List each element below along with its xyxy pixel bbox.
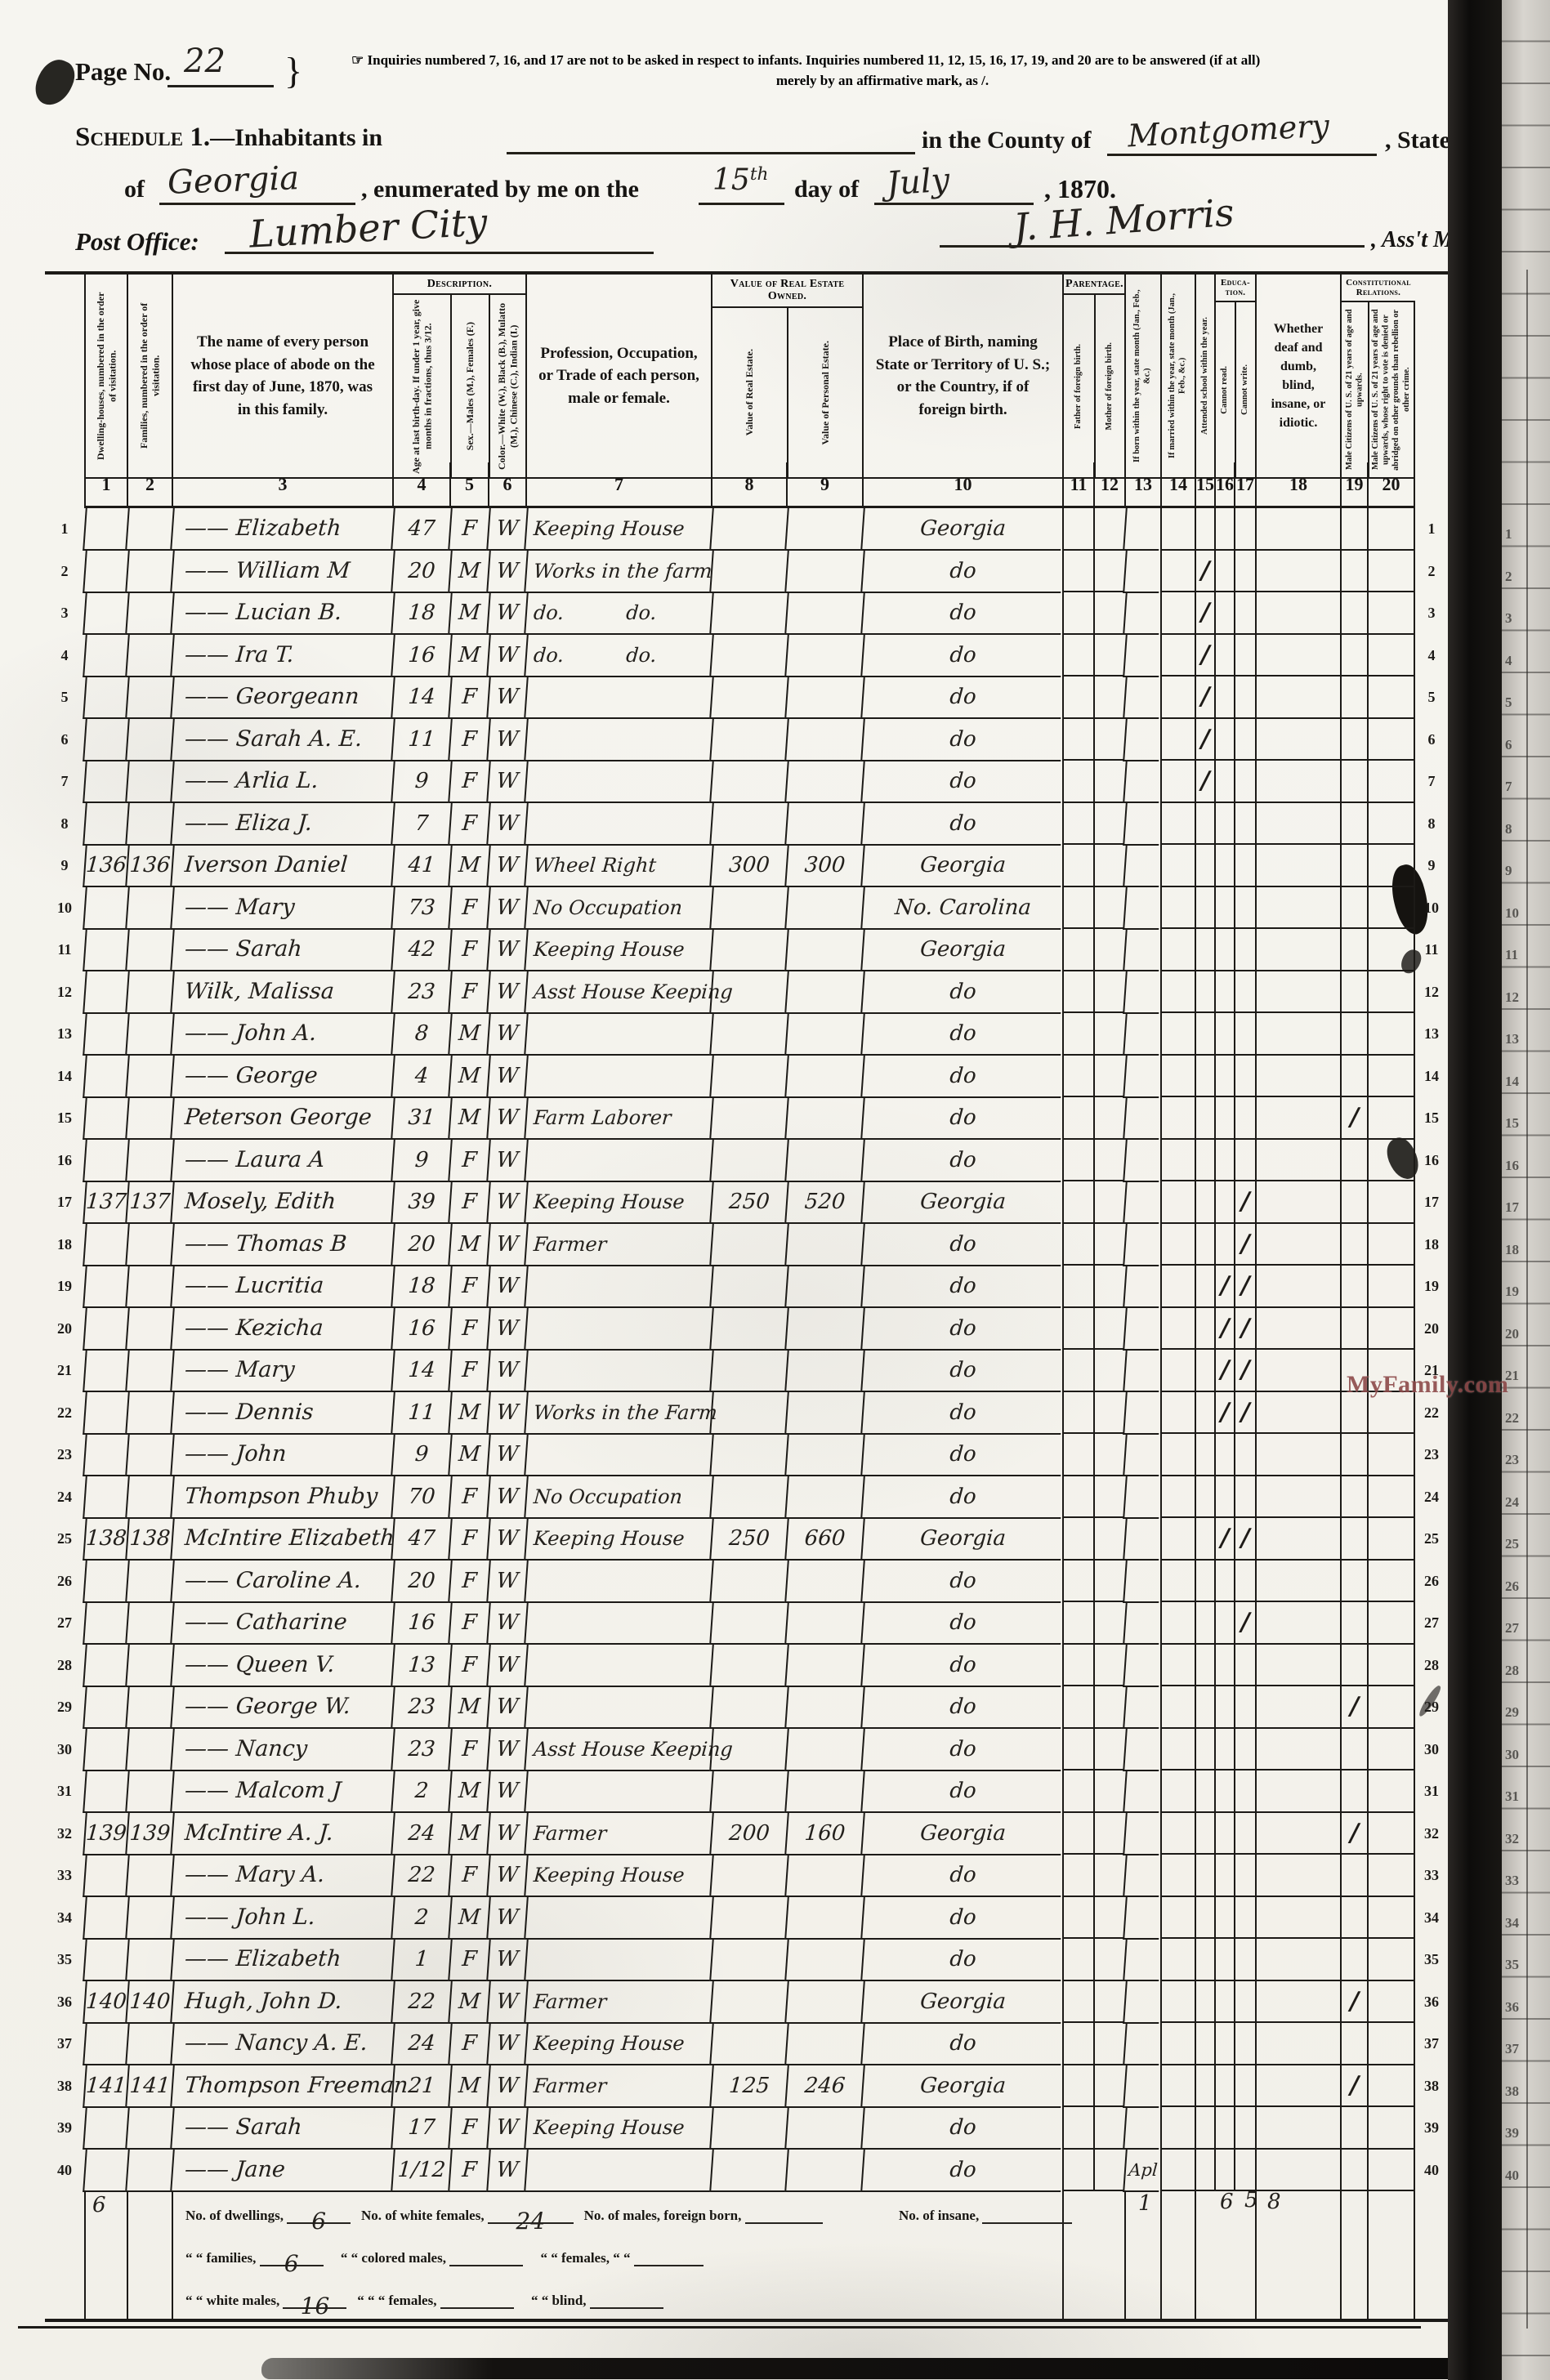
row-number-left: 25 (45, 1518, 84, 1561)
cell-real-estate-value (709, 1855, 788, 1897)
cell-cannot-read-mark (1214, 1645, 1234, 1687)
cell-vote-denied (1367, 1434, 1415, 1476)
cell-birth-month (1123, 761, 1162, 803)
cell-family-number (125, 1434, 173, 1476)
row-number-right: 4 (1415, 635, 1448, 677)
cell-father-foreign (1062, 1855, 1093, 1897)
cell-age: 13 (391, 1645, 451, 1687)
cell-personal-estate-value (784, 676, 864, 719)
cell-personal-estate-value (784, 551, 864, 593)
group-label-constitutional: Constitutional Relations. (1342, 275, 1415, 302)
cell-family-number: 141 (125, 2065, 173, 2108)
census-table: Dwelling-houses, numbered in the order o… (45, 271, 1448, 2322)
cell-vote-denied (1367, 1013, 1415, 1056)
month-underline (874, 173, 1034, 205)
cell-male-citizen-mark (1340, 1476, 1367, 1519)
cell-color: W (486, 676, 527, 719)
cell-cannot-write-mark (1234, 719, 1255, 761)
cell-cannot-write-mark (1234, 592, 1255, 635)
cell-family-number (125, 2150, 173, 2192)
cell-male-citizen-mark: / (1340, 1097, 1367, 1140)
table-row: 8 —— Eliza J. 7 F W do 8 (45, 803, 1448, 846)
row-number-left: 36 (45, 1981, 84, 2024)
adjacent-page-sliver: 1234567891011121314151617181920212223242… (1502, 0, 1550, 2380)
cell-cannot-write-mark: / (1234, 1518, 1255, 1561)
cell-male-citizen-mark (1340, 803, 1367, 846)
cell-father-foreign (1062, 2150, 1093, 2192)
col-group-constitutional: Constitutional Relations. Male Citizens … (1340, 275, 1415, 479)
cell-name: —— Malcom J (170, 1770, 394, 1813)
cell-disability (1255, 1729, 1340, 1771)
cell-cannot-write-mark (1234, 2107, 1255, 2150)
cell-attended-school-mark: / (1195, 719, 1214, 761)
cell-birthplace: do (860, 1645, 1064, 1687)
cell-family-number: 136 (125, 845, 173, 887)
footer-total-c17: 8 (1267, 2190, 1281, 2214)
row-number-left: 39 (45, 2107, 84, 2150)
cell-occupation (524, 1056, 712, 1098)
cell-attended-school-mark (1195, 2150, 1214, 2192)
footer-line (1160, 2191, 1162, 2319)
cell-marriage-month (1160, 1939, 1195, 1981)
cell-birthplace: do (860, 592, 1064, 635)
cell-cannot-read-mark: / (1214, 1518, 1234, 1561)
table-row: 22 —— Dennis 11 M W Works in the Farm do… (45, 1392, 1448, 1435)
cell-name: —— Nancy (170, 1729, 394, 1771)
cell-name: —— Nancy A. E. (170, 2023, 394, 2065)
table-row: 17 137 137 Mosely, Edith 39 F W Keeping … (45, 1181, 1448, 1224)
table-row: 20 —— Kezicha 16 F W do / / 20 (45, 1308, 1448, 1351)
cell-dwelling-number (83, 1645, 128, 1687)
cell-sex: F (448, 1476, 489, 1519)
row-number-left: 14 (45, 1056, 84, 1098)
cell-father-foreign (1062, 719, 1093, 761)
col-header-3: The name of every person whose place of … (172, 275, 392, 479)
cell-disability (1255, 803, 1340, 846)
cell-father-foreign (1062, 1813, 1093, 1855)
cell-cannot-write-mark (1234, 2023, 1255, 2065)
row-number-right: 26 (1415, 1561, 1448, 1603)
cell-attended-school-mark: / (1195, 592, 1214, 635)
cell-personal-estate-value (784, 1981, 864, 2024)
cell-birth-month (1123, 1308, 1162, 1351)
cell-attended-school-mark (1195, 1686, 1214, 1729)
table-row: 38 141 141 Thompson Freeman 21 M W Farme… (45, 2065, 1448, 2108)
row-number-left: 31 (45, 1770, 84, 1813)
cell-mother-foreign (1093, 803, 1124, 846)
cell-attended-school-mark (1195, 1770, 1214, 1813)
row-number-left: 24 (45, 1476, 84, 1519)
cell-sex: F (448, 1729, 489, 1771)
cell-marriage-month (1160, 929, 1195, 971)
cell-birthplace: do (860, 1561, 1064, 1603)
cell-birthplace: do (860, 1476, 1064, 1519)
cell-cannot-write-mark (1234, 1981, 1255, 2024)
cell-family-number (125, 1013, 173, 1056)
cell-age: 23 (391, 1729, 451, 1771)
cell-real-estate-value (709, 1266, 788, 1308)
row-number-right: 8 (1415, 803, 1448, 846)
cell-color: W (486, 2150, 527, 2192)
cell-vote-denied (1367, 1056, 1415, 1098)
cell-male-citizen-mark (1340, 1561, 1367, 1603)
cell-sex: F (448, 1518, 489, 1561)
cell-father-foreign (1062, 845, 1093, 887)
cell-vote-denied (1367, 1855, 1415, 1897)
cell-name: —— Mary A. (170, 1855, 394, 1897)
cell-disability (1255, 2107, 1340, 2150)
cell-birth-month (1123, 803, 1162, 846)
cell-disability (1255, 971, 1340, 1014)
cell-cannot-read-mark (1214, 2065, 1234, 2108)
cell-disability (1255, 2150, 1340, 2192)
row-number-left: 6 (45, 719, 84, 761)
county-underline (1107, 124, 1377, 156)
cell-sex: M (448, 1897, 489, 1940)
row-number-right: 14 (1415, 1056, 1448, 1098)
cell-attended-school-mark (1195, 1602, 1214, 1645)
footer-line (1367, 2191, 1369, 2319)
cell-attended-school-mark (1195, 1729, 1214, 1771)
cell-attended-school-mark (1195, 1645, 1214, 1687)
cell-male-citizen-mark (1340, 1056, 1367, 1098)
cell-attended-school-mark (1195, 1897, 1214, 1940)
cell-birthplace: do (860, 803, 1064, 846)
cell-mother-foreign (1093, 719, 1124, 761)
cell-marriage-month (1160, 592, 1195, 635)
cell-real-estate-value (709, 719, 788, 761)
cell-birth-month (1123, 2023, 1162, 2065)
cell-cannot-read-mark (1214, 508, 1234, 551)
cell-marriage-month (1160, 1056, 1195, 1098)
row-number-right: 25 (1415, 1518, 1448, 1561)
cell-sex: M (448, 845, 489, 887)
cell-disability (1255, 1476, 1340, 1519)
cell-marriage-month (1160, 2065, 1195, 2108)
cell-real-estate-value (709, 971, 788, 1014)
col-group-value-owned: Value of Real Estate Owned. Value of Rea… (711, 275, 862, 479)
row-number-left: 17 (45, 1181, 84, 1224)
cell-dwelling-number (83, 761, 128, 803)
col-num-16: 16 (1214, 462, 1234, 508)
cell-attended-school-mark (1195, 803, 1214, 846)
cell-male-citizen-mark (1340, 1013, 1367, 1056)
cell-cannot-read-mark (1214, 1097, 1234, 1140)
cell-vote-denied (1367, 1686, 1415, 1729)
table-row: 18 —— Thomas B 20 M W Farmer do / 18 (45, 1224, 1448, 1266)
row-number-left: 11 (45, 929, 84, 971)
col-header-2: Families, numbered in the order of visit… (127, 275, 172, 479)
cell-cannot-write-mark (1234, 2065, 1255, 2108)
cell-sex: M (448, 1813, 489, 1855)
cell-father-foreign (1062, 1350, 1093, 1392)
cell-color: W (486, 845, 527, 887)
cell-name: —— Lucritia (170, 1266, 394, 1308)
cell-family-number (125, 1140, 173, 1182)
cell-birthplace: do (860, 1308, 1064, 1351)
cell-personal-estate-value (784, 508, 864, 551)
col-header-13: If born within the year, state month (Ja… (1124, 275, 1160, 479)
cell-disability (1255, 1392, 1340, 1435)
cell-birth-month (1123, 1645, 1162, 1687)
cell-occupation: Farm Laborer (524, 1097, 712, 1140)
cell-family-number: 138 (125, 1518, 173, 1561)
cell-occupation (524, 1266, 712, 1308)
row-number-right: 7 (1415, 761, 1448, 803)
cell-marriage-month (1160, 1897, 1195, 1940)
cell-marriage-month (1160, 1350, 1195, 1392)
cell-mother-foreign (1093, 1181, 1124, 1224)
cell-occupation (524, 1897, 712, 1940)
cell-age: 20 (391, 551, 451, 593)
row-number-right: 37 (1415, 2023, 1448, 2065)
cell-real-estate-value (709, 1350, 788, 1392)
enumerated-label: , enumerated by me on the (361, 176, 639, 203)
cell-mother-foreign (1093, 1434, 1124, 1476)
cell-cannot-write-mark (1234, 1939, 1255, 1981)
cell-real-estate-value (709, 1308, 788, 1351)
cell-vote-denied (1367, 635, 1415, 677)
cell-cannot-write-mark (1234, 761, 1255, 803)
cell-dwelling-number: 139 (83, 1813, 128, 1855)
cell-disability (1255, 845, 1340, 887)
cell-disability (1255, 1855, 1340, 1897)
row-number-left: 38 (45, 2065, 84, 2108)
cell-dwelling-number (83, 929, 128, 971)
cell-mother-foreign (1093, 1266, 1124, 1308)
cell-attended-school-mark (1195, 1981, 1214, 2024)
cell-age: 9 (391, 1434, 451, 1476)
cell-personal-estate-value: 660 (784, 1518, 864, 1561)
cell-dwelling-number (83, 1939, 128, 1981)
cell-occupation: Farmer (524, 1813, 712, 1855)
cell-personal-estate-value (784, 1308, 864, 1351)
cell-mother-foreign (1093, 1686, 1124, 1729)
cell-cannot-read-mark (1214, 1013, 1234, 1056)
cell-family-number (125, 803, 173, 846)
cell-marriage-month (1160, 1013, 1195, 1056)
group-label-education: Educa- tion. (1216, 275, 1255, 302)
row-number-left: 2 (45, 551, 84, 593)
cell-personal-estate-value (784, 1434, 864, 1476)
col-group-education: Educa- tion. Cannot read. Cannot write. (1214, 275, 1255, 479)
cell-occupation: Works in the farm (524, 551, 712, 593)
cell-occupation (524, 1770, 712, 1813)
day-of-label: day of (794, 176, 859, 203)
cell-name: Wilk, Malissa (170, 971, 394, 1014)
row-number-left: 20 (45, 1308, 84, 1351)
cell-age: 14 (391, 676, 451, 719)
cell-color: W (486, 1392, 527, 1435)
cell-birthplace: do (860, 1056, 1064, 1098)
cell-cannot-write-mark (1234, 1140, 1255, 1182)
cell-vote-denied (1367, 592, 1415, 635)
cell-mother-foreign (1093, 845, 1124, 887)
cell-cannot-write-mark: / (1234, 1392, 1255, 1435)
row-number-right: 5 (1415, 676, 1448, 719)
cell-occupation: Farmer (524, 1224, 712, 1266)
cell-real-estate-value (709, 1645, 788, 1687)
cell-personal-estate-value (784, 929, 864, 971)
cell-father-foreign (1062, 929, 1093, 971)
cell-personal-estate-value: 520 (784, 1181, 864, 1224)
cell-occupation: Wheel Right (524, 845, 712, 887)
cell-family-number (125, 1855, 173, 1897)
cell-disability (1255, 887, 1340, 930)
row-number-left: 32 (45, 1813, 84, 1855)
cell-personal-estate-value (784, 761, 864, 803)
cell-vote-denied (1367, 1602, 1415, 1645)
signature-underline (940, 211, 1365, 248)
cell-father-foreign (1062, 1266, 1093, 1308)
cell-vote-denied (1367, 1140, 1415, 1182)
row-number-left: 33 (45, 1855, 84, 1897)
cell-age: 31 (391, 1097, 451, 1140)
cell-dwelling-number (83, 508, 128, 551)
table-row: 7 —— Arlia L. 9 F W do / 7 (45, 761, 1448, 803)
cell-marriage-month (1160, 1224, 1195, 1266)
cell-sex: F (448, 971, 489, 1014)
cell-family-number (125, 2023, 173, 2065)
table-row: 13 —— John A. 8 M W do 13 (45, 1013, 1448, 1056)
cell-color: W (486, 551, 527, 593)
cell-sex: F (448, 1939, 489, 1981)
cell-disability (1255, 1981, 1340, 2024)
row-number-right: 39 (1415, 2107, 1448, 2150)
cell-dwelling-number: 140 (83, 1981, 128, 2024)
cell-birthplace: do (860, 2150, 1064, 2192)
cell-dwelling-number: 136 (83, 845, 128, 887)
cell-color: W (486, 1476, 527, 1519)
cell-color: W (486, 2023, 527, 2065)
cell-birth-month (1123, 676, 1162, 719)
cell-sex: M (448, 1686, 489, 1729)
cell-color: W (486, 887, 527, 930)
cell-dwelling-number (83, 887, 128, 930)
cell-family-number (125, 1561, 173, 1603)
cell-color: W (486, 1266, 527, 1308)
cell-cannot-write-mark (1234, 676, 1255, 719)
cell-mother-foreign (1093, 2107, 1124, 2150)
cell-male-citizen-mark (1340, 1224, 1367, 1266)
footer-line (1340, 2191, 1342, 2319)
cell-disability (1255, 719, 1340, 761)
cell-age: 23 (391, 971, 451, 1014)
cell-father-foreign (1062, 761, 1093, 803)
row-number-right: 35 (1415, 1939, 1448, 1981)
cell-sex: F (448, 2150, 489, 2192)
cell-cannot-read-mark (1214, 719, 1234, 761)
cell-vote-denied (1367, 719, 1415, 761)
bottom-rule (18, 2326, 1421, 2329)
row-number-right: 27 (1415, 1602, 1448, 1645)
cell-age: 1 (391, 1939, 451, 1981)
cell-family-number (125, 929, 173, 971)
cell-personal-estate-value (784, 1602, 864, 1645)
row-number-right: 33 (1415, 1855, 1448, 1897)
footer-total-c16: 5 (1244, 2188, 1258, 2213)
cell-dwelling-number: 141 (83, 2065, 128, 2108)
cell-age: 9 (391, 761, 451, 803)
cell-occupation: Keeping House (524, 2023, 712, 2065)
footer-gutter-total: 6 (92, 2193, 106, 2217)
cell-occupation (524, 676, 712, 719)
cell-disability (1255, 1897, 1340, 1940)
row-number-right: 29 (1415, 1686, 1448, 1729)
cell-real-estate-value (709, 1056, 788, 1098)
cell-birth-month (1123, 1729, 1162, 1771)
cell-cannot-write-mark (1234, 971, 1255, 1014)
cell-mother-foreign (1093, 1308, 1124, 1351)
cell-father-foreign (1062, 635, 1093, 677)
cell-real-estate-value (709, 2150, 788, 2192)
cell-cannot-read-mark (1214, 1476, 1234, 1519)
cell-mother-foreign (1093, 1981, 1124, 2024)
cell-name: —— Sarah (170, 2107, 394, 2150)
cell-occupation: No Occupation (524, 1476, 712, 1519)
cell-male-citizen-mark: / (1340, 1981, 1367, 2024)
cell-mother-foreign (1093, 2065, 1124, 2108)
cell-male-citizen-mark (1340, 1308, 1367, 1351)
cell-family-number (125, 1224, 173, 1266)
cell-occupation: Keeping House (524, 1855, 712, 1897)
cell-name: —— Lucian B. (170, 592, 394, 635)
cell-attended-school-mark (1195, 1181, 1214, 1224)
footer-line (84, 2191, 86, 2319)
cell-birthplace: do (860, 1224, 1064, 1266)
cell-cannot-write-mark: / (1234, 1181, 1255, 1224)
cell-birthplace: do (860, 1855, 1064, 1897)
cell-birth-month (1123, 1097, 1162, 1140)
cell-birth-month (1123, 1224, 1162, 1266)
cell-mother-foreign (1093, 1729, 1124, 1771)
cell-real-estate-value (709, 1939, 788, 1981)
cell-mother-foreign (1093, 1392, 1124, 1435)
cell-mother-foreign (1093, 1350, 1124, 1392)
cell-cannot-read-mark (1214, 971, 1234, 1014)
cell-vote-denied (1367, 508, 1415, 551)
cell-color: W (486, 1518, 527, 1561)
cell-family-number (125, 1097, 173, 1140)
cell-attended-school-mark (1195, 2023, 1214, 2065)
cell-cannot-read-mark (1214, 1434, 1234, 1476)
cell-vote-denied (1367, 761, 1415, 803)
cell-birthplace: Georgia (860, 1813, 1064, 1855)
cell-personal-estate-value (784, 1686, 864, 1729)
post-office-underline (225, 219, 654, 254)
cell-sex: M (448, 1224, 489, 1266)
cell-disability (1255, 761, 1340, 803)
cell-name: Hugh, John D. (170, 1981, 394, 2024)
cell-birth-month (1123, 2107, 1162, 2150)
cell-disability (1255, 1602, 1340, 1645)
cell-cannot-read-mark (1214, 1181, 1234, 1224)
cell-birthplace: do (860, 1602, 1064, 1645)
cell-marriage-month (1160, 719, 1195, 761)
page-no-label: Page No. (75, 57, 171, 87)
cell-vote-denied (1367, 1939, 1415, 1981)
instructions-line2: merely by an affirmative mark, as /. (351, 71, 1414, 92)
table-row: 25 138 138 McIntire Elizabeth 47 F W Kee… (45, 1518, 1448, 1561)
cell-family-number (125, 508, 173, 551)
cell-cannot-write-mark: / (1234, 1308, 1255, 1351)
cell-age: 18 (391, 1266, 451, 1308)
cell-age: 73 (391, 887, 451, 930)
cell-name: —— Thomas B (170, 1224, 394, 1266)
cell-mother-foreign (1093, 1602, 1124, 1645)
cell-cannot-read-mark (1214, 1056, 1234, 1098)
col-header-20: Male Citizens of U. S. of 21 years of ag… (1368, 302, 1415, 477)
